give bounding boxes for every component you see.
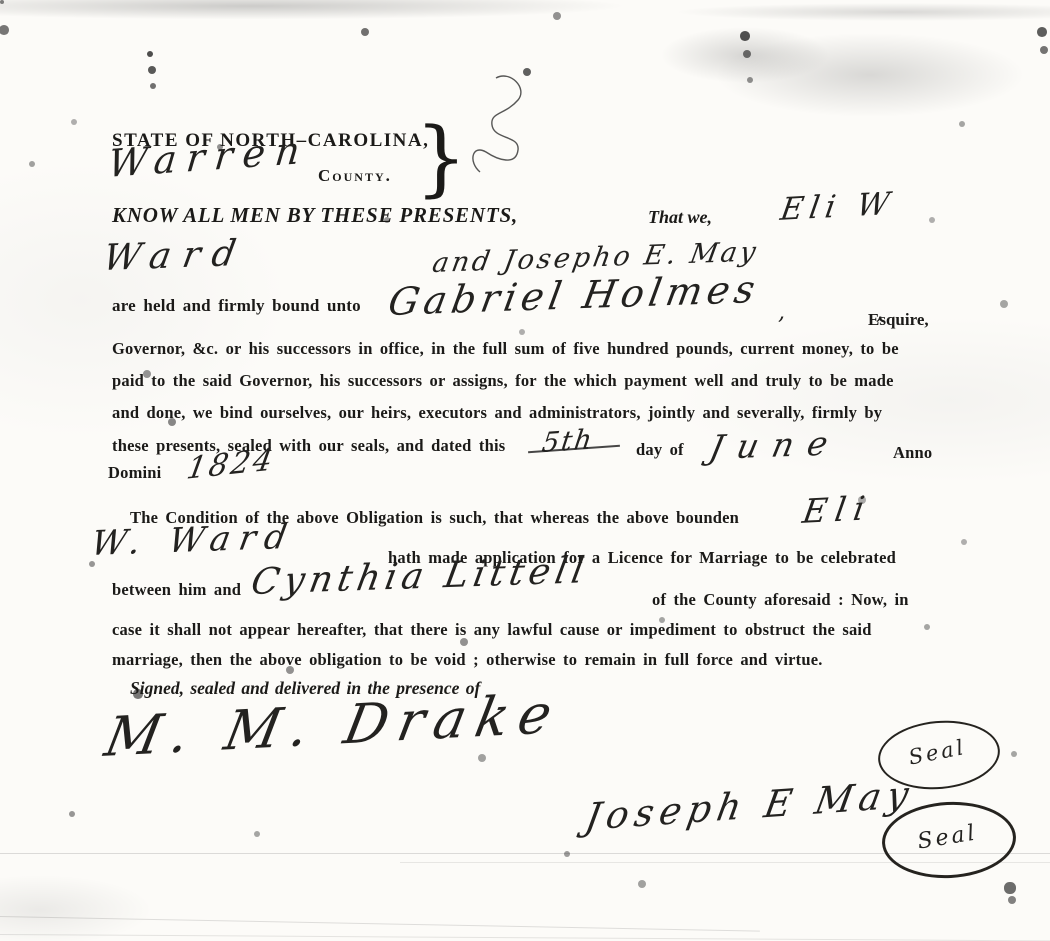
- condition-line-3: of the County aforesaid : Now, in: [652, 590, 909, 610]
- scan-line: [0, 934, 1050, 941]
- esquire-label: Esquire,: [868, 310, 929, 330]
- between-him-and-label: between him and: [112, 580, 241, 600]
- day-handwritten: 5th: [540, 424, 596, 459]
- principal-first-name-handwritten: Eli W: [778, 186, 898, 228]
- groom-first-name-handwritten: Eli: [800, 488, 875, 531]
- bond-body-line-2: paid to the said Governor, his successor…: [112, 371, 894, 391]
- condition-line-4: case it shall not appear hereafter, that…: [112, 620, 872, 640]
- header-brace: }: [415, 118, 467, 200]
- seal-2-text: Seal: [916, 820, 979, 854]
- surety-signature: Joseph E May: [582, 772, 918, 839]
- bond-body-line-3: and done, we bind ourselves, our heirs, …: [112, 403, 882, 423]
- that-we-label: That we,: [648, 207, 712, 228]
- scanned-marriage-bond-document: STATE OF NORTH–CAROLINA, Warren County. …: [0, 0, 1050, 941]
- bound-unto-label: are held and firmly bound unto: [112, 296, 361, 316]
- day-of-label: day of: [636, 440, 684, 460]
- principal-surname-handwritten: Ward: [100, 233, 251, 279]
- condition-line-5: marriage, then the above obligation to b…: [112, 650, 823, 670]
- bride-name-handwritten: Cynthia Littell: [248, 550, 592, 603]
- scan-line: [400, 862, 1050, 863]
- paper-noise-specks: [0, 0, 4, 4]
- anno-label: Anno: [893, 443, 932, 463]
- domini-label: Domini: [108, 463, 161, 483]
- month-handwritten: June: [706, 423, 846, 467]
- bond-body-line-4: these presents, sealed with our seals, a…: [112, 436, 505, 456]
- know-all-men-heading: KNOW ALL MEN BY THESE PRESENTS,: [112, 203, 518, 228]
- seal-1-text: Seal: [907, 735, 969, 770]
- groom-surname-handwritten: W. Ward: [88, 517, 299, 564]
- county-label: County.: [318, 166, 392, 186]
- bond-body-line-1: Governor, &c. or his successors in offic…: [112, 339, 899, 359]
- scan-line: [0, 853, 1050, 854]
- scan-line: [0, 916, 760, 932]
